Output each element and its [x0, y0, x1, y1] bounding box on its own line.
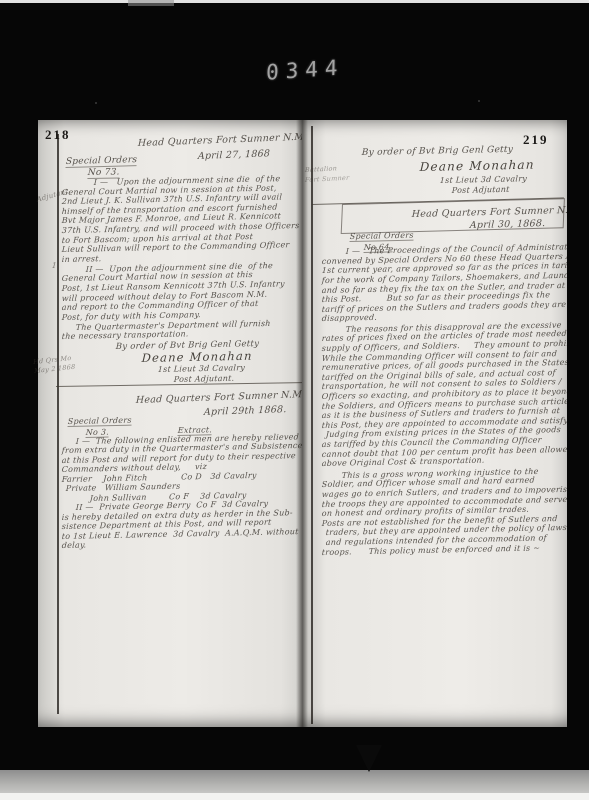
manuscript-line: disapproved. [322, 313, 378, 323]
margin-rule-right-page [311, 126, 313, 724]
scanner-smudge [128, 0, 174, 6]
margin-rule-left-page [57, 134, 59, 714]
dust-speck [478, 100, 480, 102]
manuscript-line: April 27, 1868 [198, 148, 271, 162]
manuscript-line: the necessary transportation. [62, 329, 189, 341]
manuscript-line: Post Adjutant [452, 185, 510, 195]
manuscript-line: April 29th 1868. [204, 404, 287, 418]
right-page: 219 By order of Bvt Brig Genl GettyDeane… [302, 120, 567, 727]
margin-note: Battalion [305, 164, 337, 174]
scanner-strip-bottom [0, 770, 589, 794]
scanner-edge-top [0, 0, 589, 3]
manuscript-line: in arrest. [62, 254, 102, 264]
manuscript-line: delay. [62, 540, 87, 550]
manuscript-line: Private William Saunders [66, 482, 181, 493]
page-number-right: 219 [523, 132, 549, 148]
manuscript-line: Special Orders [66, 155, 138, 168]
book-spread: 218 Head Quarters Fort Sumner N.M.April … [38, 120, 567, 727]
margin-mark: 1 [51, 261, 57, 270]
left-page: 218 Head Quarters Fort Sumner N.M.April … [38, 120, 302, 727]
signature: Deane Monahan [419, 158, 535, 174]
scanner-edge-bottom [0, 793, 589, 800]
book-gutter [296, 120, 308, 727]
dust-speck [95, 102, 97, 104]
manuscript-line: Special Orders [350, 231, 414, 242]
manuscript-line: Special Orders [68, 416, 132, 427]
manuscript-line: 1st Lieut 3d Cavalry [440, 174, 528, 185]
manuscript-line: By order of Bvt Brig Genl Getty [362, 145, 514, 158]
scanned-document: 0344 218 Head Quarters Fort Sumner N.M.A… [0, 0, 589, 800]
manuscript-line: 1st Lieut 3d Cavalry [158, 363, 246, 374]
manuscript-line: Head Quarters Fort Sumner N.M. [138, 131, 302, 149]
manuscript-line: April 30, 1868. [470, 218, 546, 231]
binder-clip-triangle [356, 745, 382, 772]
frame-number-stamp: 0344 [266, 55, 345, 85]
